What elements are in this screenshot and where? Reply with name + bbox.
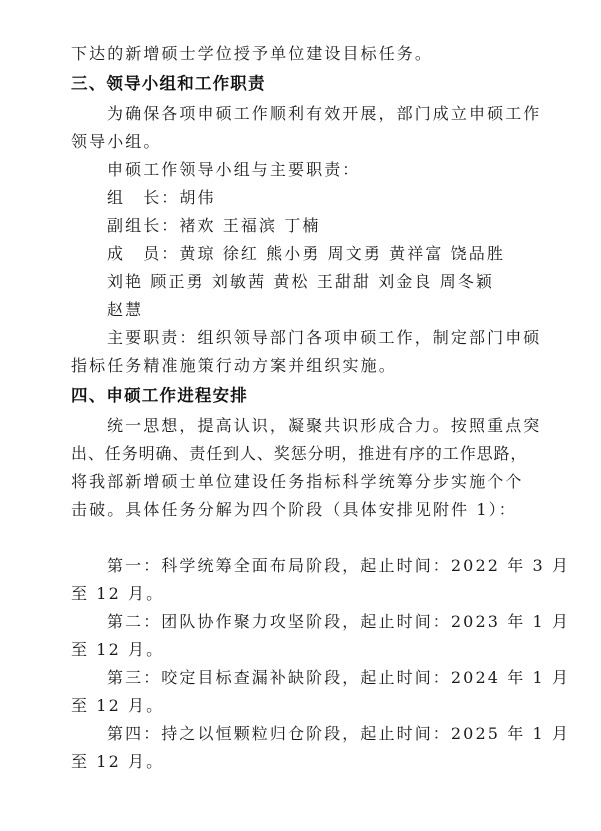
document-page: 下达的新增硕士学位授予单位建设目标任务。 三、领导小组和工作职责 为确保各项申硕…	[71, 40, 541, 776]
paragraph-line: 下达的新增硕士学位授予单位建设目标任务。	[71, 40, 541, 68]
stage-1: 第一：科学统筹全面布局阶段，起止时间：2022 年 3 月	[71, 552, 541, 580]
stage-3: 第三：咬定目标查漏补缺阶段，起止时间：2024 年 1 月	[71, 664, 541, 692]
stage-1-end: 至 12 月。	[71, 580, 541, 608]
group-leader: 组 长：胡伟	[71, 184, 541, 212]
deputy-leaders: 副组长：褚欢 王福滨 丁楠	[71, 212, 541, 240]
members-line-3: 赵慧	[71, 296, 541, 324]
section-heading-4: 四、申硕工作进程安排	[71, 380, 541, 412]
leadership-group-intro: 申硕工作领导小组与主要职责：	[71, 156, 541, 184]
paragraph-line: 为确保各项申硕工作顺利有效开展，部门成立申硕工作	[71, 100, 541, 128]
stage-2: 第二：团队协作聚力攻坚阶段，起止时间：2023 年 1 月	[71, 608, 541, 636]
paragraph-line: 统一思想，提高认识，凝聚共识形成合力。按照重点突	[71, 412, 541, 440]
section-heading-3: 三、领导小组和工作职责	[71, 68, 541, 100]
blank-line	[71, 524, 541, 552]
paragraph-line: 将我部新增硕士单位建设任务指标科学统筹分步实施个个	[71, 468, 541, 496]
stage-3-end: 至 12 月。	[71, 692, 541, 720]
paragraph-line: 领导小组。	[71, 128, 541, 156]
paragraph-line: 出、任务明确、责任到人、奖惩分明，推进有序的工作思路，	[71, 440, 541, 468]
main-duties: 主要职责：组织领导部门各项申硕工作，制定部门申硕	[71, 324, 541, 352]
members-line-1: 成 员：黄琼 徐红 熊小勇 周文勇 黄祥富 饶品胜	[71, 240, 541, 268]
paragraph-line: 击破。具体任务分解为四个阶段（具体安排见附件 1）：	[71, 496, 541, 524]
paragraph-line: 指标任务精准施策行动方案并组织实施。	[71, 352, 541, 380]
members-line-2: 刘艳 顾正勇 刘敏茜 黄松 王甜甜 刘金良 周冬颖	[71, 268, 541, 296]
stage-2-end: 至 12 月。	[71, 636, 541, 664]
stage-4: 第四：持之以恒颗粒归仓阶段，起止时间：2025 年 1 月	[71, 720, 541, 748]
stage-4-end: 至 12 月。	[71, 748, 541, 776]
